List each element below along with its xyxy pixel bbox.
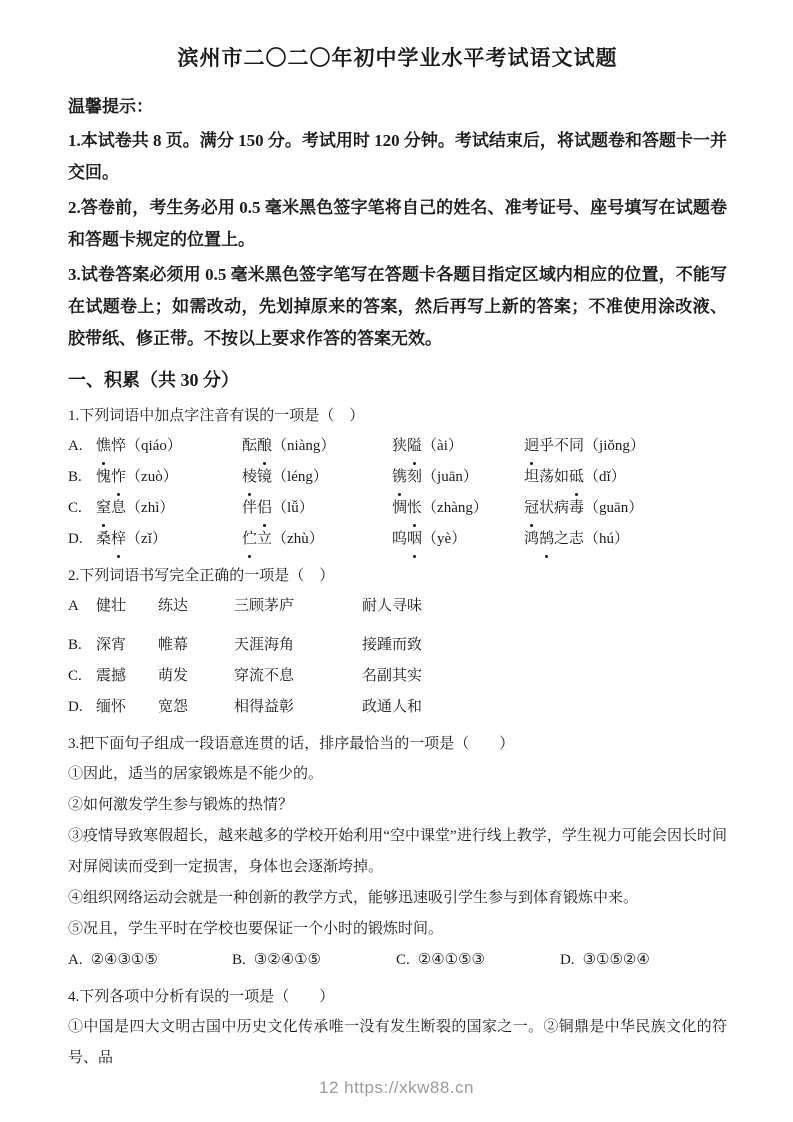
sentence-2: ②如何激发学生参与锻炼的热情？ [68,790,727,821]
dotted-char: 侣 [257,493,272,524]
word: 天涯海角 [234,630,362,661]
word: 接踵而致 [362,630,422,661]
pinyin: （niàng） [272,438,335,454]
word-with-pinyin: 愧怍（zuò） [96,462,242,493]
word-part: 状病毒 [539,500,584,516]
pinyin: （lǚ） [272,500,314,516]
question-4-body: ①中国是四大文明古国中历史文化传承唯一没有发生断裂的国家之一。②铜鼎是中华民族文… [68,1012,727,1074]
choice-value: ②④①⑤③ [418,952,485,968]
question-1-stem: 1.下列词语中加点字注音有误的一项是（ ） [68,401,727,431]
word-with-pinyin: 惆怅（zhàng） [392,493,524,524]
choice-d: D.③①⑤②④ [560,945,650,976]
exam-title: 滨州市二〇二〇年初中学业水平考试语文试题 [68,44,727,72]
dotted-char: 伫 [242,524,257,555]
word-with-pinyin: 迥乎不同（jiǒng） [524,431,645,462]
dotted-char: 棱 [242,462,257,493]
question-3-choices: A.②④③①⑤ B.③②④①⑤ C.②④①⑤③ D.③①⑤②④ [68,945,727,976]
word: 健壮 [96,591,158,622]
word: 宽怨 [158,692,234,723]
pinyin: （zhàng） [422,500,488,516]
word-with-pinyin: 镌刻（juān） [392,462,524,493]
question-1: 1.下列词语中加点字注音有误的一项是（ ） A. 憔悴（qiáo） 酝酿（nià… [68,401,727,555]
section-heading: 一、积累（共 30 分） [68,365,727,395]
question-2-option-d: D. 缅怀 宽怨 相得益彰 政通人和 [68,692,727,723]
dotted-char: 酿 [257,431,272,462]
word-part: 镜 [257,469,272,485]
question-4-stem: 4.下列各项中分析有误的一项是（ ） [68,982,727,1012]
question-2-option-b: B. 深宵 帷幕 天涯海角 接踵而致 [68,630,727,661]
dotted-char: 冠 [524,493,539,524]
pinyin: （jiǒng） [584,438,645,454]
option-label: B. [68,630,96,661]
dotted-char: 隘 [407,431,422,462]
choice-label: B. [232,952,246,968]
word-part: 惆 [392,500,407,516]
choice-value: ③②④①⑤ [254,952,321,968]
word: 相得益彰 [234,692,362,723]
word-with-pinyin: 憔悴（qiáo） [96,431,242,462]
pinyin: （zǐ） [126,531,167,547]
notice-item-2: 2.答卷前，考生务必用 0.5 毫米黑色签字笔将自己的姓名、准考证号、座号填写在… [68,192,727,256]
exam-page: 滨州市二〇二〇年初中学业水平考试语文试题 温馨提示： 1.本试卷共 8 页。满分… [0,0,793,1074]
pinyin: （léng） [272,469,328,485]
option-label: A [68,591,96,622]
word-with-pinyin: 伴侣（lǚ） [242,493,392,524]
choice-label: A. [68,952,83,968]
choice-value: ②④③①⑤ [91,952,158,968]
notice-item-3: 3.试卷答案必须用 0.5 毫米黑色签字笔写在答题卡各题目指定区域内相应的位置，… [68,259,727,355]
question-3-stem: 3.把下面句子组成一段语意连贯的话，排序最恰当的一项是（ ） [68,729,727,759]
notice-item-1: 1.本试卷共 8 页。满分 150 分。考试用时 120 分钟。考试结束后，将试… [68,125,727,189]
word-part: 乎不同 [539,438,584,454]
word-part: 酝 [242,438,257,454]
dotted-char: 窒 [96,493,111,524]
word-with-pinyin: 棱镜（léng） [242,462,392,493]
word-with-pinyin: 伫立（zhù） [242,524,392,555]
question-1-option-d: D. 桑梓（zǐ） 伫立（zhù） 呜咽（yè） 鸿鹄之志（hú） [68,524,727,555]
question-3: 3.把下面句子组成一段语意连贯的话，排序最恰当的一项是（ ） ①因此，适当的居家… [68,729,727,976]
word-part: 息 [111,500,126,516]
sentence-5: ⑤况且，学生平时在学校也要保证一个小时的锻炼时间。 [68,914,727,945]
dotted-char: 鹄 [539,524,554,555]
word-part: 之志 [554,531,584,547]
option-label: C. [68,493,96,524]
choice-c: C.②④①⑤③ [396,945,560,976]
dotted-char: 咽 [407,524,422,555]
dotted-char: 怍 [111,462,126,493]
pinyin: （qiáo） [126,438,182,454]
sentence-1: ①因此，适当的居家锻炼是不能少的。 [68,759,727,790]
sentence-4: ④组织网络运动会就是一种创新的教学方式，能够迅速吸引学生参与到体育锻炼中来。 [68,883,727,914]
option-label: B. [68,462,96,493]
question-2-stem: 2.下列词语书写完全正确的一项是（ ） [68,561,727,591]
question-1-option-a: A. 憔悴（qiáo） 酝酿（niàng） 狭隘（ài） 迥乎不同（jiǒng） [68,431,727,462]
question-4: 4.下列各项中分析有误的一项是（ ） ①中国是四大文明古国中历史文化传承唯一没有… [68,982,727,1074]
choice-a: A.②④③①⑤ [68,945,232,976]
option-label: D. [68,524,96,555]
sentence-3: ③疫情导致寒假超长，越来越多的学校开始利用“空中课堂”进行线上教学，学生视力可能… [68,821,727,883]
dotted-char: 憔 [96,431,111,462]
option-label: A. [68,431,96,462]
word: 震撼 [96,661,158,692]
pinyin: （dǐ） [584,469,626,485]
dotted-char: 砥 [569,462,584,493]
word-part: 伴 [242,500,257,516]
word: 耐人寻味 [362,591,422,622]
word-with-pinyin: 桑梓（zǐ） [96,524,242,555]
word: 缅怀 [96,692,158,723]
question-1-option-c: C. 窒息（zhì） 伴侣（lǚ） 惆怅（zhàng） 冠状病毒（guān） [68,493,727,524]
dotted-char: 怅 [407,493,422,524]
dotted-char: 梓 [111,524,126,555]
word-with-pinyin: 坦荡如砥（dǐ） [524,462,626,493]
pinyin: （zhù） [272,531,324,547]
footer-watermark: 12 https://xkw88.cn [0,1078,793,1098]
notice-heading: 温馨提示： [68,92,727,122]
word: 帷幕 [158,630,234,661]
choice-label: C. [396,952,410,968]
choice-label: D. [560,952,575,968]
dotted-char: 迥 [524,431,539,462]
pinyin: （ài） [422,438,463,454]
option-label: C. [68,661,96,692]
word-part: 桑 [96,531,111,547]
notice-section: 温馨提示： 1.本试卷共 8 页。满分 150 分。考试用时 120 分钟。考试… [68,92,727,355]
word-part: 鸿 [524,531,539,547]
pinyin: （guān） [584,500,643,516]
word: 练达 [158,591,234,622]
question-2-option-c: C. 震撼 萌发 穿流不息 名副其实 [68,661,727,692]
word: 三顾茅庐 [234,591,362,622]
word: 穿流不息 [234,661,362,692]
question-2: 2.下列词语书写完全正确的一项是（ ） A 健壮 练达 三顾茅庐 耐人寻味 B.… [68,561,727,723]
option-label: D. [68,692,96,723]
word-with-pinyin: 窒息（zhì） [96,493,242,524]
pinyin: （zhì） [126,500,174,516]
word-part: 立 [257,531,272,547]
word-with-pinyin: 呜咽（yè） [392,524,524,555]
word-part: 狭 [392,438,407,454]
word-with-pinyin: 鸿鹄之志（hú） [524,524,629,555]
word-part: 刻 [407,469,422,485]
question-1-option-b: B. 愧怍（zuò） 棱镜（léng） 镌刻（juān） 坦荡如砥（dǐ） [68,462,727,493]
pinyin: （zuò） [126,469,178,485]
pinyin: （yè） [422,531,466,547]
choice-value: ③①⑤②④ [583,952,650,968]
word: 政通人和 [362,692,422,723]
word-part: 悴 [111,438,126,454]
choice-b: B.③②④①⑤ [232,945,396,976]
word-part: 愧 [96,469,111,485]
word-with-pinyin: 酝酿（niàng） [242,431,392,462]
dotted-char: 镌 [392,462,407,493]
pinyin: （juān） [422,469,478,485]
word: 名副其实 [362,661,422,692]
pinyin: （hú） [584,531,629,547]
word: 萌发 [158,661,234,692]
word-with-pinyin: 狭隘（ài） [392,431,524,462]
question-2-option-a: A 健壮 练达 三顾茅庐 耐人寻味 [68,591,727,622]
word: 深宵 [96,630,158,661]
word-part: 坦荡如 [524,469,569,485]
word-with-pinyin: 冠状病毒（guān） [524,493,643,524]
word-part: 呜 [392,531,407,547]
